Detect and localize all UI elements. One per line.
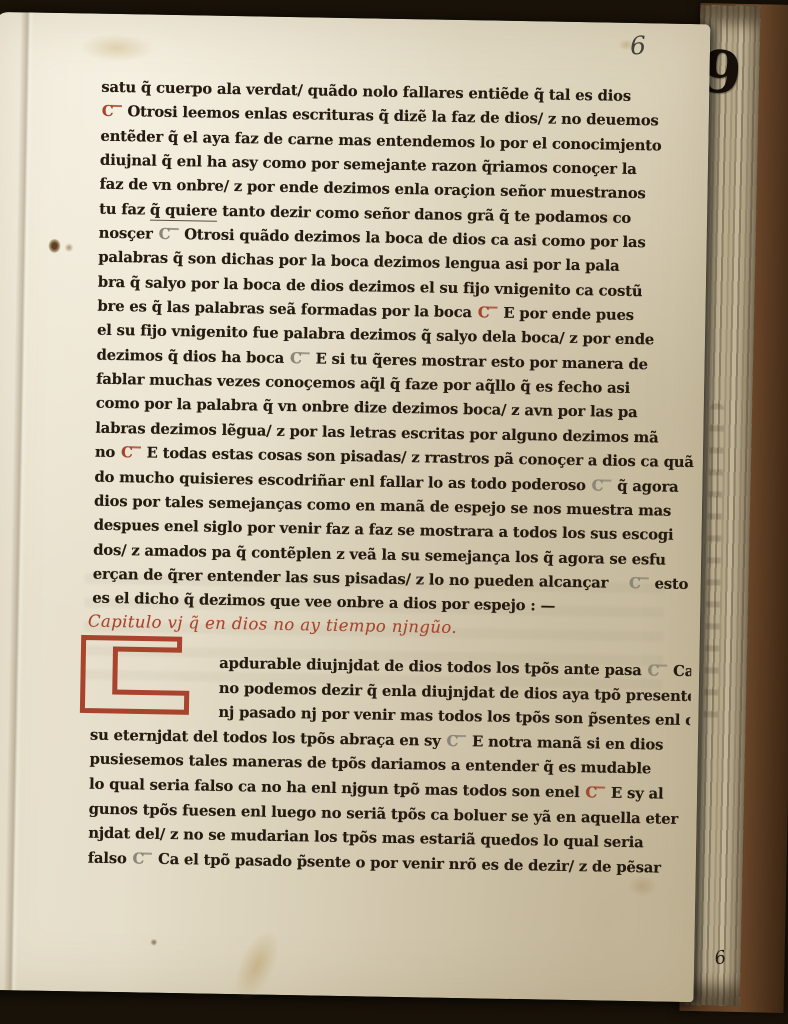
paragraph-mark: C (158, 226, 180, 243)
manuscript-photo: 9 6 6 satu q̃ cuerpo ala verdat/ quãdo n… (0, 0, 788, 1024)
line-text: lo qual seria falso ca no ha enl njgun t… (89, 776, 585, 802)
paragraph-mark: C (477, 304, 499, 321)
paragraph-mark: C (101, 103, 123, 120)
paragraph-mark: C (445, 733, 467, 750)
stain (150, 939, 157, 946)
manuscript-page: 6 satu q̃ cuerpo ala verdat/ quãdo nolo … (0, 12, 710, 1002)
folio-number: 6 (629, 31, 646, 61)
text-block-2: apdurable diujnjdat de dios todos los tp… (88, 650, 692, 882)
line-text: Otrosi quãdo dezimos la boca de dios ca … (179, 226, 646, 251)
line-text: Ca el tpõ pasado p̃sente o por venir nrõ… (153, 850, 661, 876)
line-text: bre es q̃ las palabras seã formadas por … (97, 298, 477, 322)
line-text: no podemos dezir q̃ enla diujnjdat de di… (219, 679, 692, 704)
line-text: E si tu q̃eres mostrar esto por manera d… (310, 350, 647, 373)
line-text: nj pasado nj por venir mas todos los tpõ… (218, 704, 691, 730)
gutter-crease (4, 12, 35, 990)
stain (80, 33, 154, 62)
text-block-1: satu q̃ cuerpo ala verdat/ quãdo nolo fa… (92, 76, 701, 622)
paragraph-mark: C (646, 662, 668, 679)
line-text: q̃ quiere (150, 201, 218, 221)
paragraph-mark: C (120, 444, 142, 461)
line-text: tu faz (99, 200, 150, 218)
paragraph-mark: C (591, 477, 613, 494)
stain (64, 243, 73, 252)
paragraph-mark: C (584, 784, 606, 801)
stain (48, 239, 60, 253)
line-text: apdurable diujnjdat de dios todos los tp… (219, 655, 647, 679)
stain (226, 925, 288, 1006)
line-text: E por ende pues (498, 305, 634, 324)
paragraph-mark: C (289, 350, 311, 367)
line-text: Ca (668, 663, 691, 680)
line-text: su eternjdat del todos los tpõs abraça e… (90, 726, 446, 749)
line-text: tanto dezir como señor danos grã q̃ te p… (217, 202, 631, 226)
line-text: E notra manã si en dios (467, 733, 663, 753)
line-text: nosçer (99, 225, 158, 243)
paragraph-mark: C (131, 850, 153, 867)
line-text: es el dicho q̃ dezimos que vee onbre a d… (92, 590, 555, 615)
line-text: dezimos q̃ dios ha boca (96, 346, 289, 366)
line-text: no (95, 444, 120, 461)
line-text: q̃ agora (612, 477, 679, 495)
line-text: falso (88, 849, 132, 867)
line-text: E sy al (606, 785, 664, 803)
paragraph-mark: C (628, 575, 650, 592)
line-text: esto (649, 575, 688, 593)
